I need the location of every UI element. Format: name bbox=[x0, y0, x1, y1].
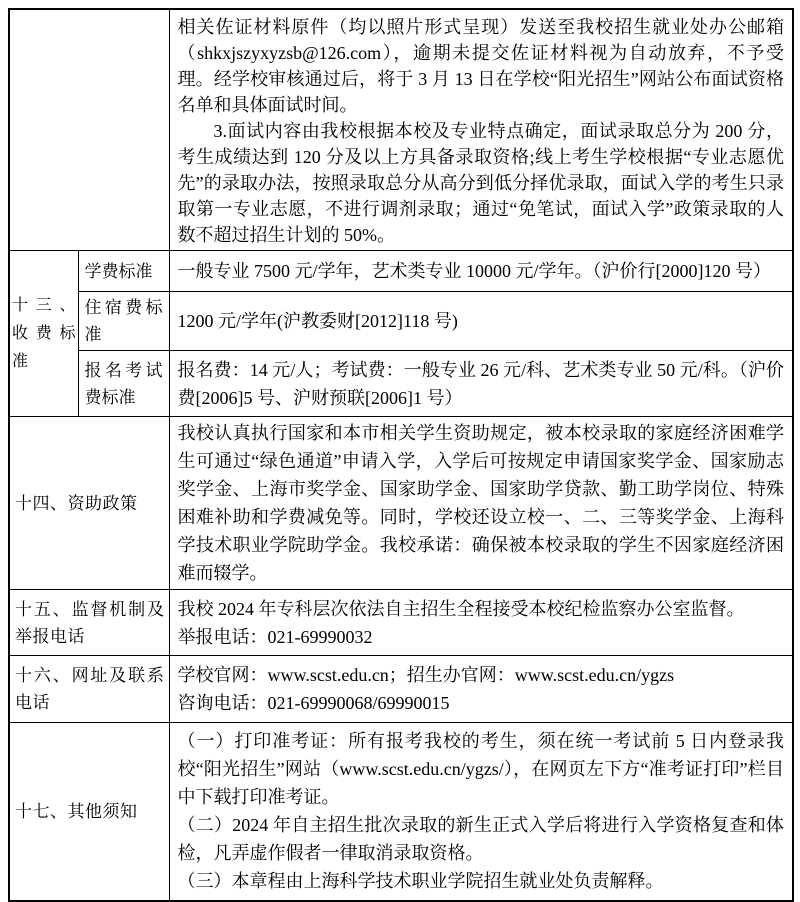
other-note-3: （三）本章程由上海科学技术职业学院招生就业处负责解释。 bbox=[178, 867, 785, 895]
table-row-other-notes: 十七、其他须知 （一）打印准考证：所有报考我校的考生，须在统一考试前 5 日内登… bbox=[9, 723, 793, 901]
sub-label-tuition: 学费标准 bbox=[78, 251, 169, 292]
table-row-exam-fee: 报名考试费标准 报名费：14 元/人；考试费：一般专业 26 元/科、艺术类专业… bbox=[9, 351, 793, 417]
section-label-other-notes: 十七、其他须知 bbox=[9, 723, 169, 901]
inquiry-phone-line: 咨询电话：021-69990068/69990015 bbox=[178, 689, 785, 717]
supervision-cell: 我校 2024 年专科层次依法自主招生全程接受本校纪检监察办公室监督。 举报电话… bbox=[169, 590, 793, 656]
section-label-contact: 十六、网址及联系电话 bbox=[9, 656, 169, 723]
section-label-financial-aid: 十四、资助政策 bbox=[9, 417, 169, 590]
other-note-1: （一）打印准考证：所有报考我校的考生，须在统一考试前 5 日内登录我校“阳光招生… bbox=[178, 727, 785, 811]
section-label-supervision: 十五、监督机制及举报电话 bbox=[9, 590, 169, 656]
sub-label-exam-fee: 报名考试费标准 bbox=[78, 351, 169, 417]
other-notes-cell: （一）打印准考证：所有报考我校的考生，须在统一考试前 5 日内登录我校“阳光招生… bbox=[169, 723, 793, 901]
table-row-interview-rules: 相关佐证材料原件（均以照片形式呈现）发送至我校招生就业处办公邮箱（shkxjsz… bbox=[9, 9, 793, 251]
table-row-supervision: 十五、监督机制及举报电话 我校 2024 年专科层次依法自主招生全程接受本校纪检… bbox=[9, 590, 793, 656]
table-row-financial-aid: 十四、资助政策 我校认真执行国家和本市相关学生资助规定，被本校录取的家庭经济困难… bbox=[9, 417, 793, 590]
report-phone: 举报电话：021-69990032 bbox=[178, 623, 785, 651]
empty-label-cell bbox=[9, 9, 169, 251]
table-row-accommodation: 住宿费标准 1200 元/学年(沪教委财[2012]118 号) bbox=[9, 292, 793, 351]
table-row-contact: 十六、网址及联系电话 学校官网：www.scst.edu.cn；招生办官网：ww… bbox=[9, 656, 793, 723]
contact-cell: 学校官网：www.scst.edu.cn；招生办官网：www.scst.edu.… bbox=[169, 656, 793, 723]
accommodation-fee-cell: 1200 元/学年(沪教委财[2012]118 号) bbox=[169, 292, 793, 351]
table-row-tuition: 十三、收费标准 学费标准 一般专业 7500 元/学年，艺术类专业 10000 … bbox=[9, 251, 793, 292]
exam-fee-cell: 报名费：14 元/人；考试费：一般专业 26 元/科、艺术类专业 50 元/科。… bbox=[169, 351, 793, 417]
tuition-fee-cell: 一般专业 7500 元/学年，艺术类专业 10000 元/学年。（沪价行[200… bbox=[169, 251, 793, 292]
interview-rules-cell: 相关佐证材料原件（均以照片形式呈现）发送至我校招生就业处办公邮箱（shkxjsz… bbox=[169, 9, 793, 251]
section-label-fees: 十三、收费标准 bbox=[9, 251, 78, 417]
interview-materials-paragraph: 相关佐证材料原件（均以照片形式呈现）发送至我校招生就业处办公邮箱（shkxjsz… bbox=[178, 14, 785, 118]
other-note-2: （二）2024 年自主招生批次录取的新生正式入学后将进行入学资格复查和体检，凡弄… bbox=[178, 811, 785, 867]
interview-scoring-paragraph: 3.面试内容由我校根据本校及专业特点确定，面试录取总分为 200 分，考生成绩达… bbox=[178, 118, 785, 248]
admissions-charter-table: 相关佐证材料原件（均以照片形式呈现）发送至我校招生就业处办公邮箱（shkxjsz… bbox=[8, 8, 794, 902]
sub-label-accommodation: 住宿费标准 bbox=[78, 292, 169, 351]
supervision-statement: 我校 2024 年专科层次依法自主招生全程接受本校纪检监察办公室监督。 bbox=[178, 595, 785, 623]
financial-aid-cell: 我校认真执行国家和本市相关学生资助规定，被本校录取的家庭经济困难学生可通过“绿色… bbox=[169, 417, 793, 590]
website-line: 学校官网：www.scst.edu.cn；招生办官网：www.scst.edu.… bbox=[178, 661, 785, 689]
document-page: 相关佐证材料原件（均以照片形式呈现）发送至我校招生就业处办公邮箱（shkxjsz… bbox=[0, 0, 800, 884]
